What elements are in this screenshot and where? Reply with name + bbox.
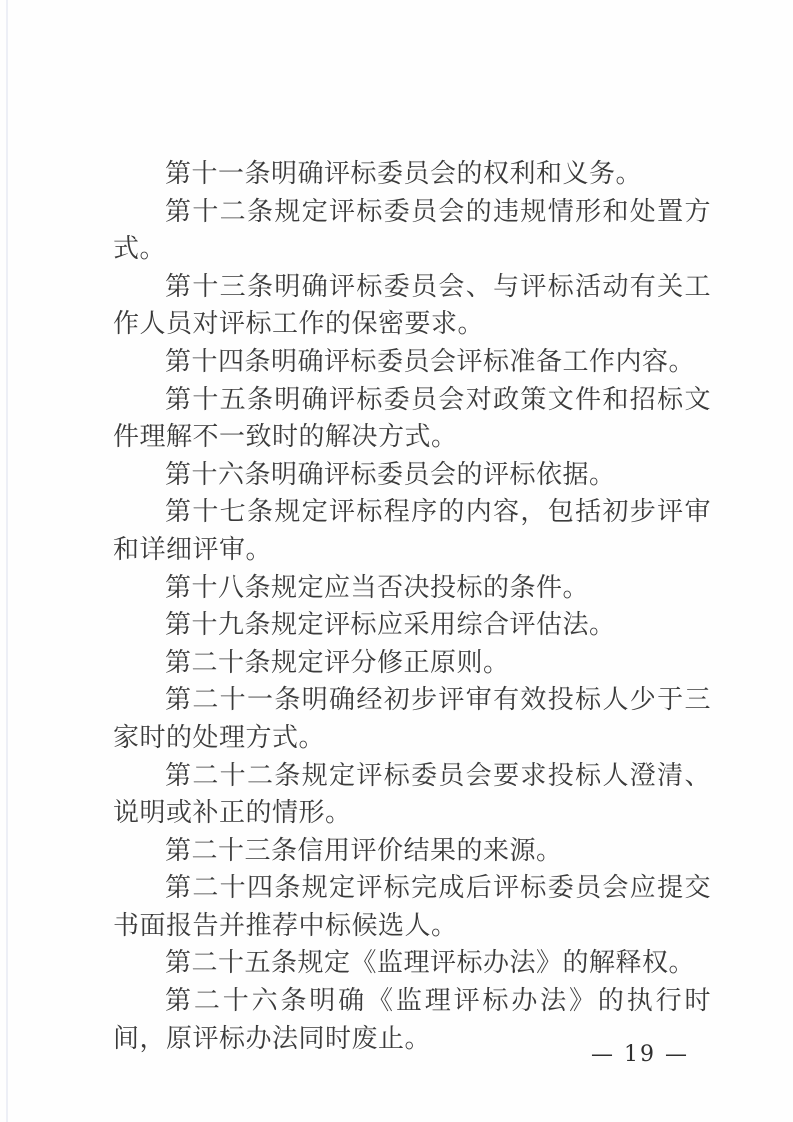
document-page: 第十一条明确评标委员会的权利和义务。第十二条规定评标委员会的违规情形和处置方式。… <box>0 0 793 1122</box>
document-paragraph: 第十八条规定应当否决投标的条件。 <box>113 570 711 608</box>
document-paragraph: 第十四条明确评标委员会评标准备工作内容。 <box>113 344 711 382</box>
document-paragraph: 第十六条明确评标委员会的评标依据。 <box>113 457 711 495</box>
document-paragraph: 第二十一条明确经初步评审有效投标人少于三家时的处理方式。 <box>113 682 711 757</box>
scan-artifact-line <box>6 0 8 1122</box>
document-body-text: 第十一条明确评标委员会的权利和义务。第十二条规定评标委员会的违规情形和处置方式。… <box>113 156 711 1058</box>
document-paragraph: 第二十三条信用评价结果的来源。 <box>113 833 711 871</box>
document-paragraph: 第十七条规定评标程序的内容，包括初步评审和详细评审。 <box>113 494 711 569</box>
document-paragraph: 第二十条规定评分修正原则。 <box>113 645 711 683</box>
document-paragraph: 第十九条规定评标应采用综合评估法。 <box>113 607 711 645</box>
document-paragraph: 第十二条规定评标委员会的违规情形和处置方式。 <box>113 194 711 269</box>
document-paragraph: 第十五条明确评标委员会对政策文件和招标文件理解不一致时的解决方式。 <box>113 382 711 457</box>
document-paragraph: 第二十四条规定评标完成后评标委员会应提交书面报告并推荐中标候选人。 <box>113 870 711 945</box>
document-paragraph: 第二十二条规定评标委员会要求投标人澄清、说明或补正的情形。 <box>113 758 711 833</box>
page-number: — 19 — <box>560 1042 720 1067</box>
document-paragraph: 第二十五条规定《监理评标办法》的解释权。 <box>113 945 711 983</box>
document-paragraph: 第十一条明确评标委员会的权利和义务。 <box>113 156 711 194</box>
document-paragraph: 第十三条明确评标委员会、与评标活动有关工作人员对评标工作的保密要求。 <box>113 269 711 344</box>
